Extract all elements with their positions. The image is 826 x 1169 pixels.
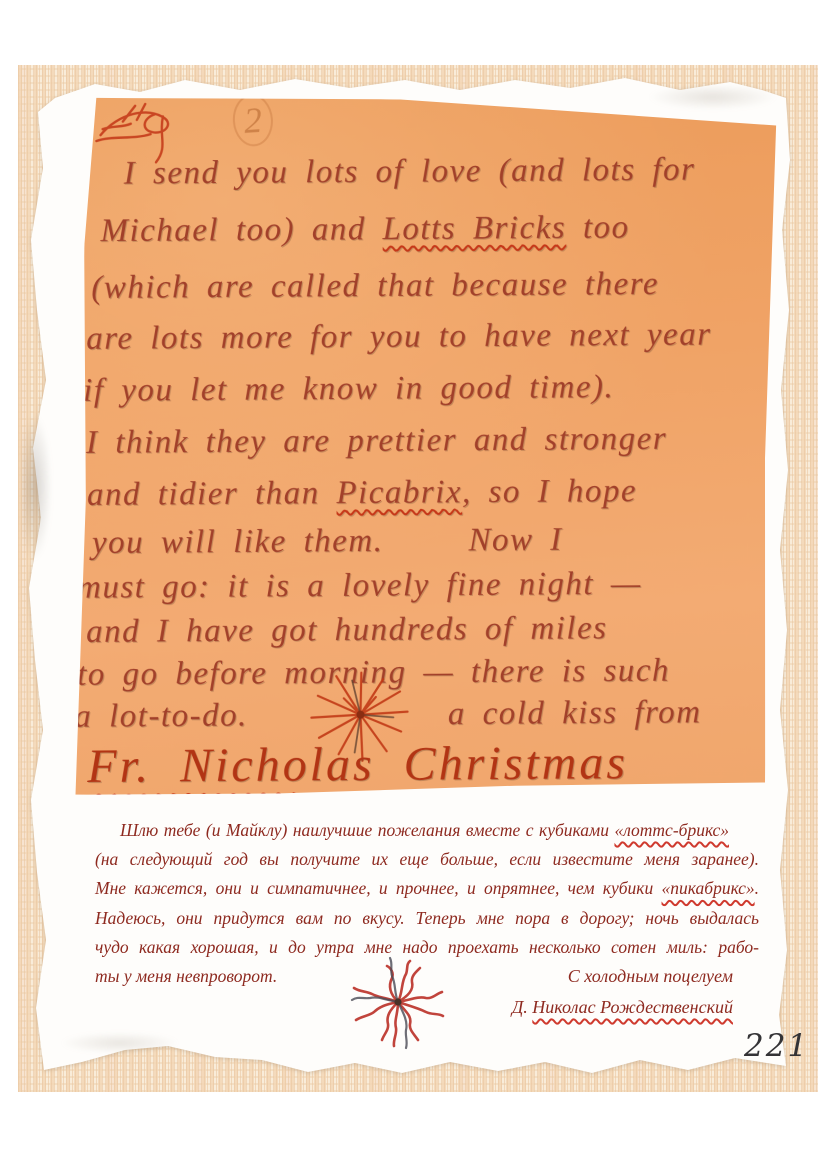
manuscript-line: Michael too) and Lotts Bricks too [100,209,629,250]
manuscript-text: a cold kiss from [448,694,702,732]
manuscript-line: you will like them.Now I [92,522,563,562]
translator-signature: Д. Николас Рождественский [512,992,733,1023]
manuscript-text: , so I hope [462,473,637,510]
letter-page-marker: 2 [231,93,274,148]
underlined-word: Picabrix [336,474,462,511]
manuscript-line: if you let me know in good time). [83,369,614,410]
manuscript-signature: Fr. Nicholas Christmas [87,735,628,794]
manuscript-letter: 2 I send you lots of love (and lots for … [73,93,780,809]
translation-text: Мне кажется, они и симпатичнее, и прочне… [95,878,662,898]
manuscript-text: and tidier than [87,475,337,513]
translation-line: (на следующий год вы получите их еще бол… [95,845,759,874]
manuscript-text: too [566,209,630,245]
manuscript-line: I think they are prettier and stronger [86,421,667,462]
translation-line: Шлю тебе (и Майклу) наилучшие пожелания … [95,816,759,845]
manuscript-line: I send you lots of love (and lots for [124,152,696,193]
underlined-word: «лоттс-брикс» [614,820,729,840]
manuscript-line: and tidier than Picabrix, so I hope [87,473,637,514]
underlined-signature-name: Николас Рождественский [532,997,733,1017]
manuscript-line: must go: it is a lovely fine night — [77,566,642,607]
page-number: 221 [744,1028,809,1064]
manuscript-text: Now I [468,522,563,559]
manuscript-line: and I have got hundreds of miles [86,610,608,651]
snowflake-doodle-icon [348,956,448,1050]
underlined-word: «пикабрикс» [662,878,755,898]
valediction: С холодным поцелуем [512,961,733,992]
translation-signature-block: С холодным поцелуем Д. Николас Рождестве… [512,961,733,1023]
translation-line: Надеюсь, они придутся вам по вкусу. Тепе… [95,904,759,933]
translation-text: . [755,878,759,898]
translation-text: Шлю тебе (и Майклу) наилучшие пожелания … [120,820,614,840]
book-page: 2 I send you lots of love (and lots for … [0,0,826,1169]
manuscript-text: Michael too) and [100,211,382,249]
translation-line: Мне кажется, они и симпатичнее, и прочне… [95,874,759,903]
manuscript-line: (which are called that because there [91,266,659,307]
manuscript-line: are lots more for you to have next year [86,316,712,357]
manuscript-text: you will like them. [92,523,384,561]
signature-prefix: Д. [512,997,532,1017]
underlined-word: Lotts Bricks [382,210,566,247]
manuscript-text: a lot-to-do. [74,697,248,734]
